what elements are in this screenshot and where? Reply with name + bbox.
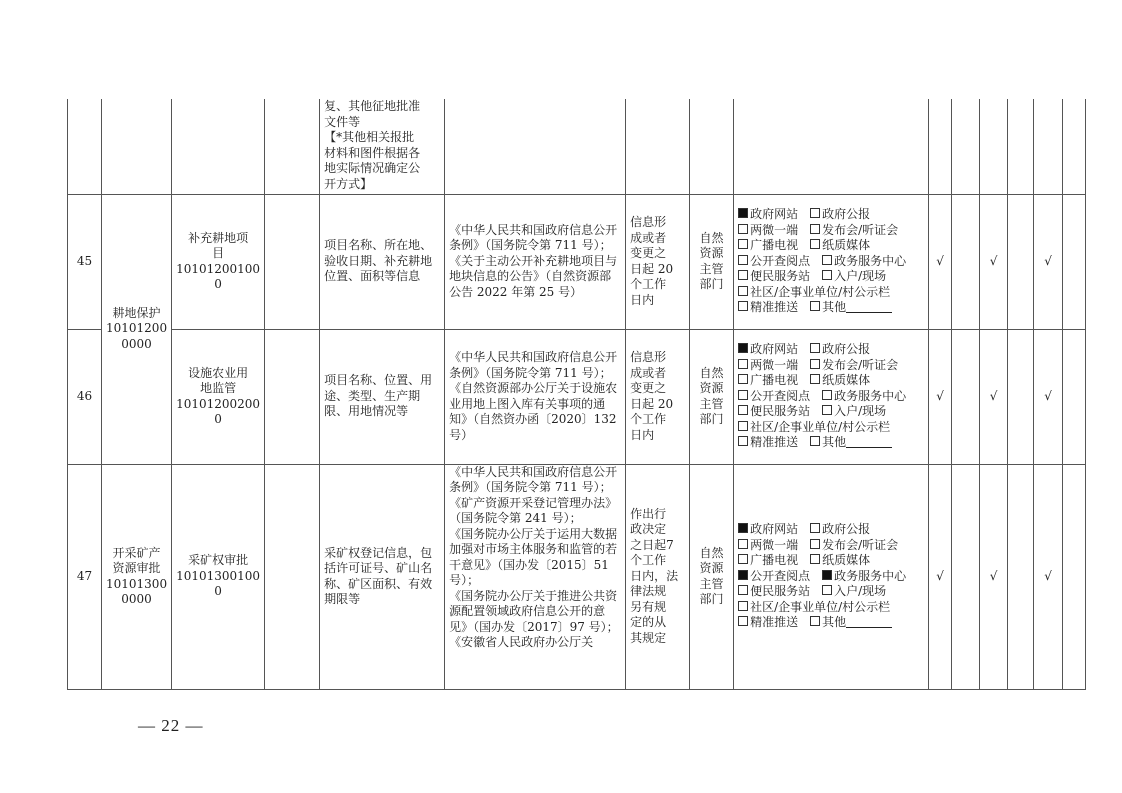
content-cell: 项目名称、所在地、验收日期、补充耕地位置、面积等信息 xyxy=(320,194,445,329)
item-cell: 设施农业用地监管101012002000 xyxy=(172,329,265,464)
channel-line: 精准推送其他 xyxy=(738,300,924,316)
checkbox-paper-media[interactable] xyxy=(810,239,820,249)
channel-line: 政府网站政府公报 xyxy=(738,342,924,358)
checkbox-gov-website[interactable] xyxy=(738,523,748,533)
channel-label: 入户/现场 xyxy=(834,269,886,283)
checkbox-two-micro-one-end[interactable] xyxy=(738,224,748,234)
channel-line: 便民服务站入户/现场 xyxy=(738,584,924,600)
channel-label: 政务服务中心 xyxy=(834,254,906,268)
channel-line: 便民服务站入户/现场 xyxy=(738,404,924,420)
category-cell: 开采矿产资源审批101013000000 xyxy=(102,464,172,689)
checkbox-reading-point[interactable] xyxy=(738,570,748,580)
channel-label: 政务服务中心 xyxy=(834,569,906,583)
channel-label: 纸质媒体 xyxy=(822,553,870,567)
checkbox-door-to-door[interactable] xyxy=(822,270,832,280)
checkbox-other[interactable] xyxy=(810,616,820,626)
check-cell-1: √ xyxy=(929,329,952,464)
check-cell-5: √ xyxy=(1034,329,1063,464)
channel-label: 其他 xyxy=(822,435,846,449)
subject-cell: 自然资源主管部门 xyxy=(690,329,734,464)
checkbox-community-board[interactable] xyxy=(738,601,748,611)
checkbox-two-micro-one-end[interactable] xyxy=(738,359,748,369)
check-cell-3: √ xyxy=(980,329,1008,464)
checkbox-door-to-door[interactable] xyxy=(822,405,832,415)
channel-line: 社区/企事业单位/村公示栏 xyxy=(738,285,924,301)
channel-line: 广播电视纸质媒体 xyxy=(738,553,924,569)
check-cell-5: √ xyxy=(1034,194,1063,329)
channel-line: 广播电视纸质媒体 xyxy=(738,238,924,254)
continuation-row: 复、其他征地批准文件等【*其他相关报批材料和图件根据各地实际情况确定公开方式】 xyxy=(68,99,1086,194)
channel-label: 政府公报 xyxy=(822,522,870,536)
channels-cell: 政府网站政府公报两微一端发布会/听证会广播电视纸质媒体公开查阅点政务服务中心便民… xyxy=(734,464,929,689)
channel-label: 精准推送 xyxy=(750,615,798,629)
item-cell: 补充耕地项目101012001000 xyxy=(172,194,265,329)
channel-label: 政府网站 xyxy=(750,342,798,356)
checkbox-convenience-station[interactable] xyxy=(738,270,748,280)
row-number: 45 xyxy=(68,194,102,329)
subject-cell: 自然资源主管部门 xyxy=(690,194,734,329)
channel-label: 两微一端 xyxy=(750,358,798,372)
checkbox-service-center[interactable] xyxy=(822,390,832,400)
channel-label: 政府网站 xyxy=(750,207,798,221)
check-cell-6 xyxy=(1063,194,1086,329)
table-row: 45耕地保护101012000000补充耕地项目101012001000项目名称… xyxy=(68,194,1086,329)
content-cell: 项目名称、位置、用途、类型、生产期限、用地情况等 xyxy=(320,329,445,464)
channel-label: 广播电视 xyxy=(750,553,798,567)
channel-label: 公开查阅点 xyxy=(750,254,810,268)
check-cell-5: √ xyxy=(1034,464,1063,689)
channel-label: 便民服务站 xyxy=(750,404,810,418)
channel-line: 精准推送其他 xyxy=(738,435,924,451)
item-cell: 采矿权审批101013001000 xyxy=(172,464,265,689)
checkbox-gov-website[interactable] xyxy=(738,208,748,218)
channel-line: 两微一端发布会/听证会 xyxy=(738,538,924,554)
channel-line: 政府网站政府公报 xyxy=(738,207,924,223)
channel-label: 两微一端 xyxy=(750,223,798,237)
checkbox-precise-push[interactable] xyxy=(738,616,748,626)
channel-line: 广播电视纸质媒体 xyxy=(738,373,924,389)
check-cell-2 xyxy=(952,329,980,464)
checkbox-reading-point[interactable] xyxy=(738,390,748,400)
time-limit-cell: 信息形成或者变更之日起 20个工作日内 xyxy=(626,329,690,464)
channel-label: 其他 xyxy=(822,615,846,629)
channel-label: 广播电视 xyxy=(750,373,798,387)
channel-label: 两微一端 xyxy=(750,538,798,552)
checkbox-press-hearing[interactable] xyxy=(810,224,820,234)
channel-label: 其他 xyxy=(822,300,846,314)
channel-label: 发布会/听证会 xyxy=(822,223,898,237)
time-limit-cell: 信息形成或者变更之日起 20个工作日内 xyxy=(626,194,690,329)
channel-label: 精准推送 xyxy=(750,300,798,314)
channel-label: 发布会/听证会 xyxy=(822,358,898,372)
checkbox-precise-push[interactable] xyxy=(738,436,748,446)
channel-label: 入户/现场 xyxy=(834,584,886,598)
channel-line: 精准推送其他 xyxy=(738,615,924,631)
checkbox-gov-gazette[interactable] xyxy=(810,208,820,218)
channel-label: 公开查阅点 xyxy=(750,569,810,583)
checkbox-two-micro-one-end[interactable] xyxy=(738,539,748,549)
checkbox-service-center[interactable] xyxy=(822,570,832,580)
checkbox-door-to-door[interactable] xyxy=(822,585,832,595)
subject-cell: 自然资源主管部门 xyxy=(690,464,734,689)
subitem-cell xyxy=(265,329,320,464)
checkbox-precise-push[interactable] xyxy=(738,301,748,311)
check-cell-2 xyxy=(952,194,980,329)
content-cell: 采矿权登记信息，包括许可证号、矿山名称、矿区面积、有效期限等 xyxy=(320,464,445,689)
checkbox-other[interactable] xyxy=(810,436,820,446)
checkbox-paper-media[interactable] xyxy=(810,554,820,564)
channel-line: 两微一端发布会/听证会 xyxy=(738,223,924,239)
check-cell-1: √ xyxy=(929,194,952,329)
content-cell: 复、其他征地批准文件等【*其他相关报批材料和图件根据各地实际情况确定公开方式】 xyxy=(320,99,445,194)
checkbox-convenience-station[interactable] xyxy=(738,585,748,595)
channel-label: 便民服务站 xyxy=(750,584,810,598)
checkbox-press-hearing[interactable] xyxy=(810,359,820,369)
channel-label: 社区/企事业单位/村公示栏 xyxy=(750,420,890,434)
channel-line: 公开查阅点政务服务中心 xyxy=(738,254,924,270)
checkbox-community-board[interactable] xyxy=(738,421,748,431)
basis-cell: 《中华人民共和国政府信息公开条例》（国务院令第 711 号）；《矿产资源开采登记… xyxy=(445,464,626,689)
channels-cell: 政府网站政府公报两微一端发布会/听证会广播电视纸质媒体公开查阅点政务服务中心便民… xyxy=(734,194,929,329)
channel-label: 纸质媒体 xyxy=(822,238,870,252)
checkbox-other[interactable] xyxy=(810,301,820,311)
basis-cell: 《中华人民共和国政府信息公开条例》（国务院令第 711 号）；《关于主动公开补充… xyxy=(445,194,626,329)
check-cell-3: √ xyxy=(980,464,1008,689)
channel-label: 政务服务中心 xyxy=(834,389,906,403)
channel-label: 政府公报 xyxy=(822,342,870,356)
table-row: 46设施农业用地监管101012002000项目名称、位置、用途、类型、生产期限… xyxy=(68,329,1086,464)
time-limit-cell: 作出行政决定之日起7个工作日内，法律法规另有规定的从其规定 xyxy=(626,464,690,689)
channel-label: 政府网站 xyxy=(750,522,798,536)
channel-label: 精准推送 xyxy=(750,435,798,449)
channel-line: 便民服务站入户/现场 xyxy=(738,269,924,285)
other-blank-line[interactable] xyxy=(846,301,892,313)
subitem-cell xyxy=(265,464,320,689)
check-cell-3: √ xyxy=(980,194,1008,329)
channel-label: 纸质媒体 xyxy=(822,373,870,387)
checkbox-service-center[interactable] xyxy=(822,255,832,265)
other-blank-line[interactable] xyxy=(846,436,892,448)
channel-label: 社区/企事业单位/村公示栏 xyxy=(750,285,890,299)
checkbox-reading-point[interactable] xyxy=(738,255,748,265)
check-cell-4 xyxy=(1008,329,1034,464)
channel-line: 政府网站政府公报 xyxy=(738,522,924,538)
channel-line: 公开查阅点政务服务中心 xyxy=(738,569,924,585)
channel-line: 两微一端发布会/听证会 xyxy=(738,358,924,374)
channel-line: 社区/企事业单位/村公示栏 xyxy=(738,420,924,436)
channel-label: 社区/企事业单位/村公示栏 xyxy=(750,600,890,614)
check-cell-6 xyxy=(1063,464,1086,689)
row-number: 47 xyxy=(68,464,102,689)
basis-cell: 《中华人民共和国政府信息公开条例》（国务院令第 711 号）；《自然资源部办公厅… xyxy=(445,329,626,464)
subitem-cell xyxy=(265,194,320,329)
checkbox-broadcast-tv[interactable] xyxy=(738,239,748,249)
checkbox-broadcast-tv[interactable] xyxy=(738,374,748,384)
check-cell-4 xyxy=(1008,194,1034,329)
channel-label: 政府公报 xyxy=(822,207,870,221)
row-number: 46 xyxy=(68,329,102,464)
check-cell-2 xyxy=(952,464,980,689)
checkbox-convenience-station[interactable] xyxy=(738,405,748,415)
channels-cell: 政府网站政府公报两微一端发布会/听证会广播电视纸质媒体公开查阅点政务服务中心便民… xyxy=(734,329,929,464)
checkbox-gov-gazette[interactable] xyxy=(810,523,820,533)
check-cell-1: √ xyxy=(929,464,952,689)
category-cell: 耕地保护101012000000 xyxy=(102,194,172,464)
checkbox-gov-website[interactable] xyxy=(738,343,748,353)
table-row: 47开采矿产资源审批101013000000采矿权审批101013001000采… xyxy=(68,464,1086,689)
check-cell-4 xyxy=(1008,464,1034,689)
checkbox-paper-media[interactable] xyxy=(810,374,820,384)
channel-line: 社区/企事业单位/村公示栏 xyxy=(738,600,924,616)
checkbox-community-board[interactable] xyxy=(738,286,748,296)
checkbox-press-hearing[interactable] xyxy=(810,539,820,549)
channel-label: 入户/现场 xyxy=(834,404,886,418)
checkbox-gov-gazette[interactable] xyxy=(810,343,820,353)
other-blank-line[interactable] xyxy=(846,616,892,628)
checkbox-broadcast-tv[interactable] xyxy=(738,554,748,564)
check-cell-6 xyxy=(1063,329,1086,464)
disclosure-table: 复、其他征地批准文件等【*其他相关报批材料和图件根据各地实际情况确定公开方式】 … xyxy=(67,99,1086,690)
channel-line: 公开查阅点政务服务中心 xyxy=(738,389,924,405)
channel-label: 发布会/听证会 xyxy=(822,538,898,552)
channel-label: 公开查阅点 xyxy=(750,389,810,403)
page-number: — 22 — xyxy=(138,716,204,736)
channel-label: 便民服务站 xyxy=(750,269,810,283)
channel-label: 广播电视 xyxy=(750,238,798,252)
